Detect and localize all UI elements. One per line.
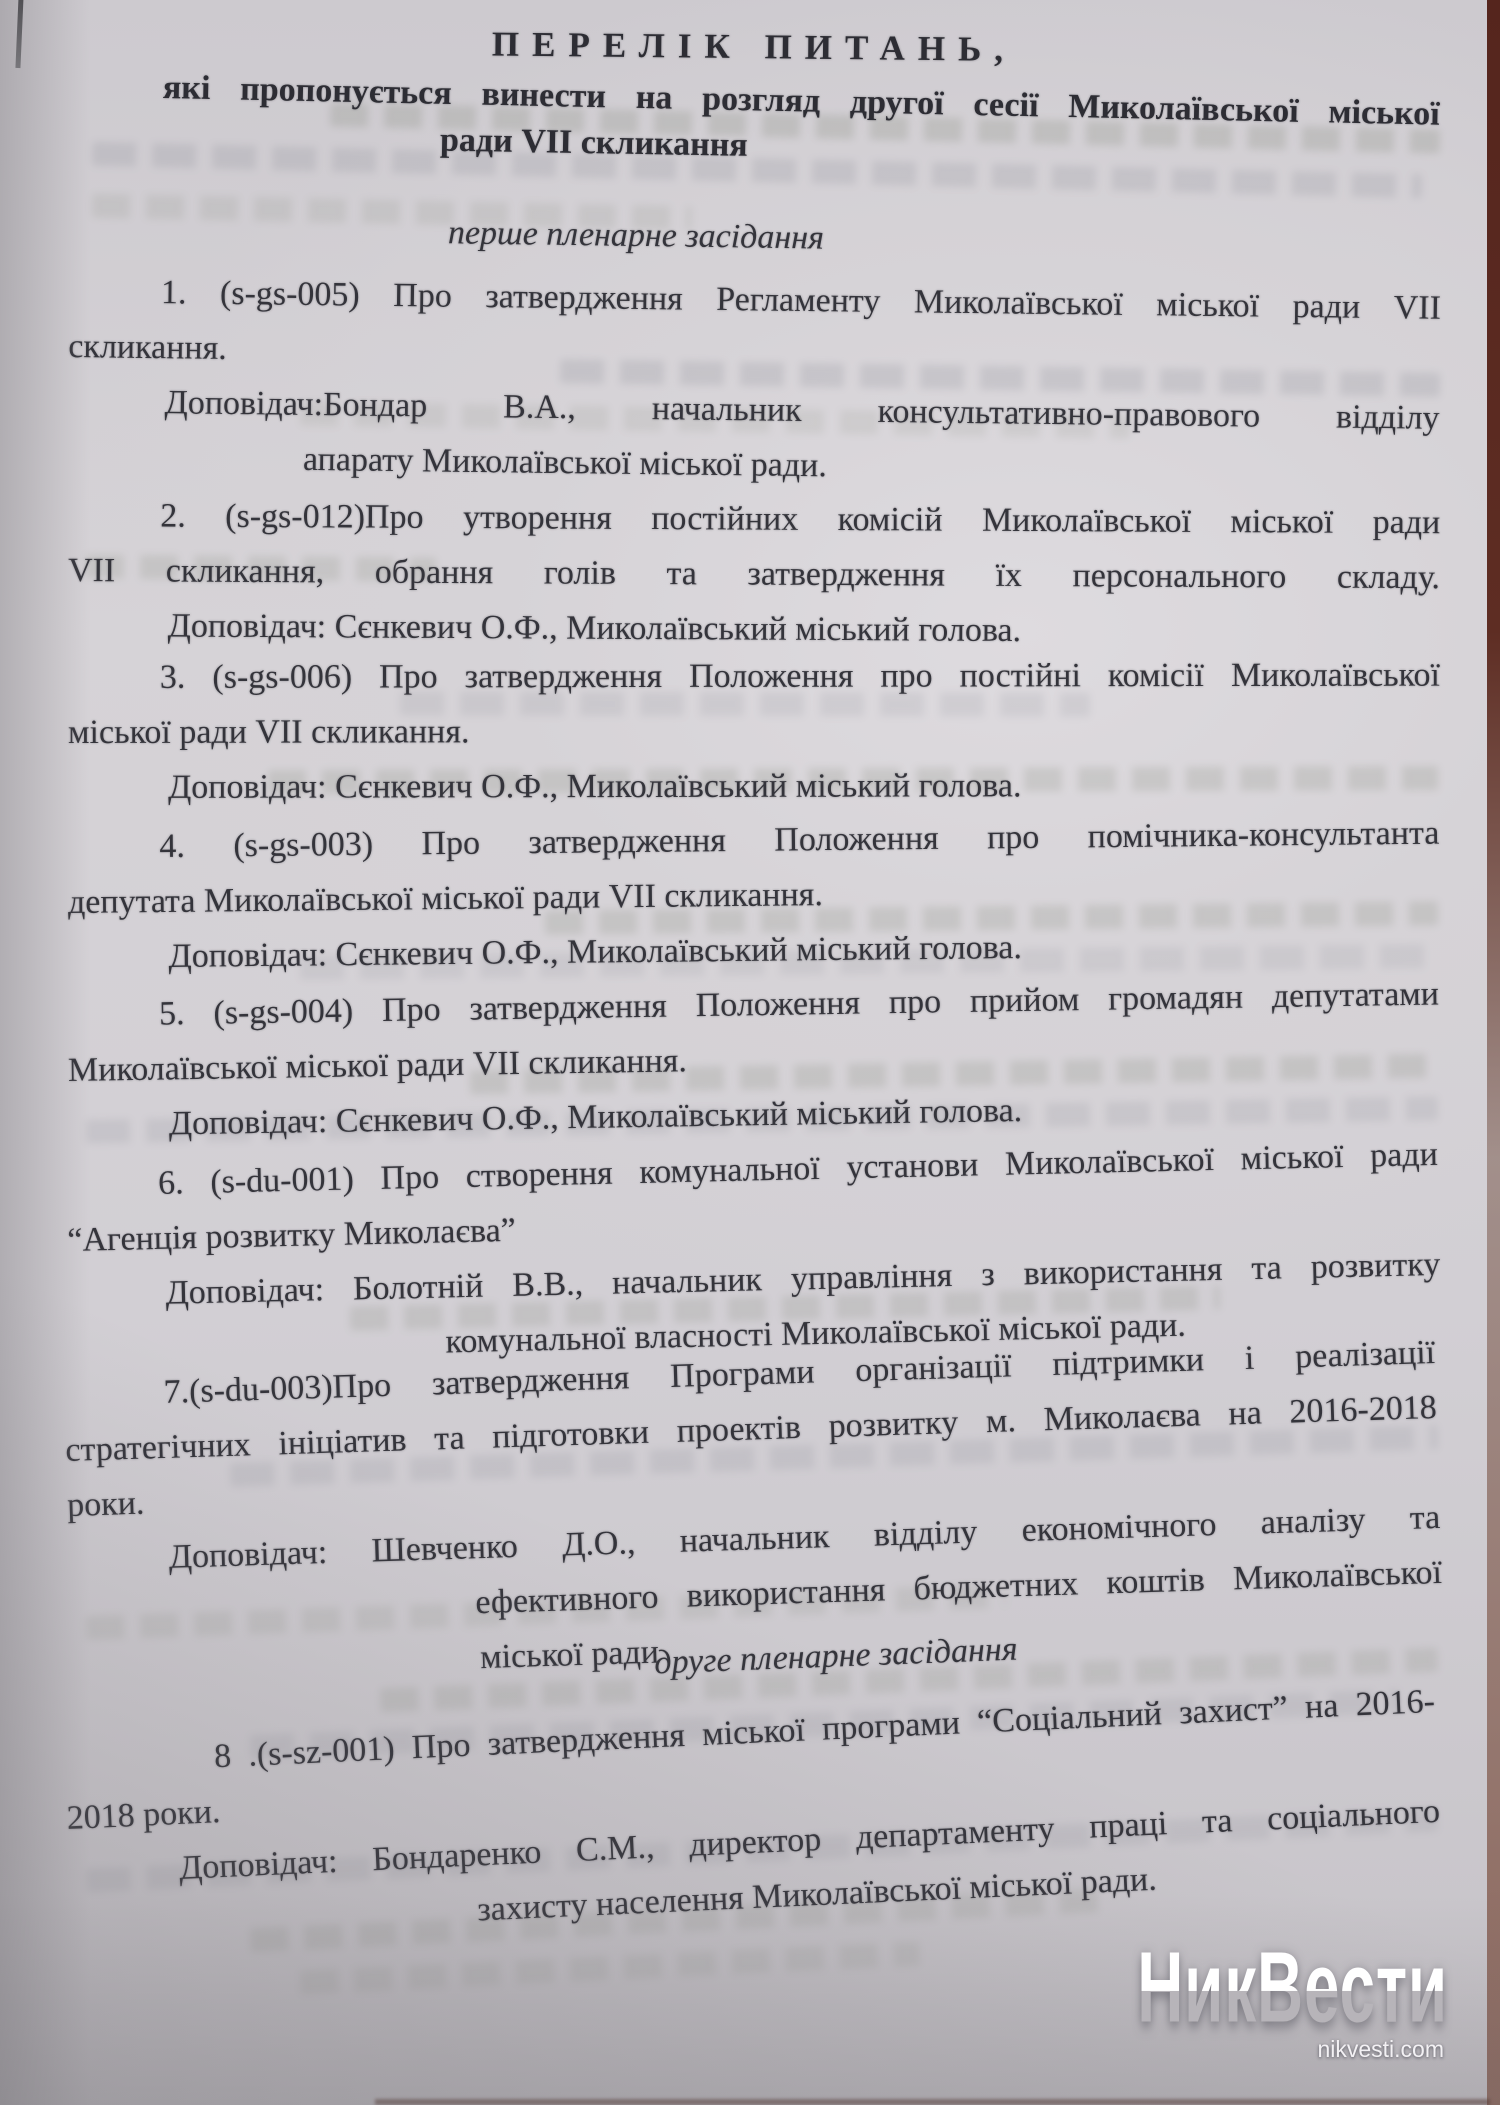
agenda-item-2-line: VII скликання, обрання голів та затвердж… <box>68 543 1440 605</box>
agenda-item-2-line: 2. (s-gs-012)Про утворення постійних ком… <box>68 488 1440 550</box>
agenda-item-3-line: міської ради VII скликання. <box>68 703 1440 760</box>
nikvesti-watermark: НикВести nikvesti.com <box>1078 1958 1448 2063</box>
agenda-item-2: 2. (s-gs-012)Про утворення постійних ком… <box>68 488 1441 660</box>
agenda-item-8: 8 .(s-sz-001) Про затвердження міської п… <box>63 1674 1444 1956</box>
nikvesti-logo: НикВести <box>1137 1939 1448 2039</box>
agenda-item-4: 4. (s-gs-003) Про затвердження Положення… <box>67 806 1441 985</box>
document-text: ПЕРЕЛІК ПИТАНЬ, які пропонується винести… <box>0 0 1500 2105</box>
session-1-heading: перше пленарне засідання <box>68 200 1441 274</box>
agenda-item-3: 3. (s-gs-006) Про затвердження Положення… <box>68 648 1440 815</box>
agenda-item-1: 1. (s-gs-005) Про затвердження Регламент… <box>67 264 1442 501</box>
document-photo: ПЕРЕЛІК ПИТАНЬ, які пропонується винести… <box>0 0 1500 2105</box>
agenda-item-5: 5. (s-gs-004) Про затвердження Положення… <box>67 966 1441 1153</box>
agenda-item-3-reporter-line: Доповідач: Сєнкевич О.Ф., Миколаївський … <box>68 758 1440 815</box>
agenda-item-3-line: 3. (s-gs-006) Про затвердження Положення… <box>68 648 1440 705</box>
photo-bottom-edge <box>375 2099 1490 2105</box>
photo-right-edge <box>1487 0 1500 2105</box>
